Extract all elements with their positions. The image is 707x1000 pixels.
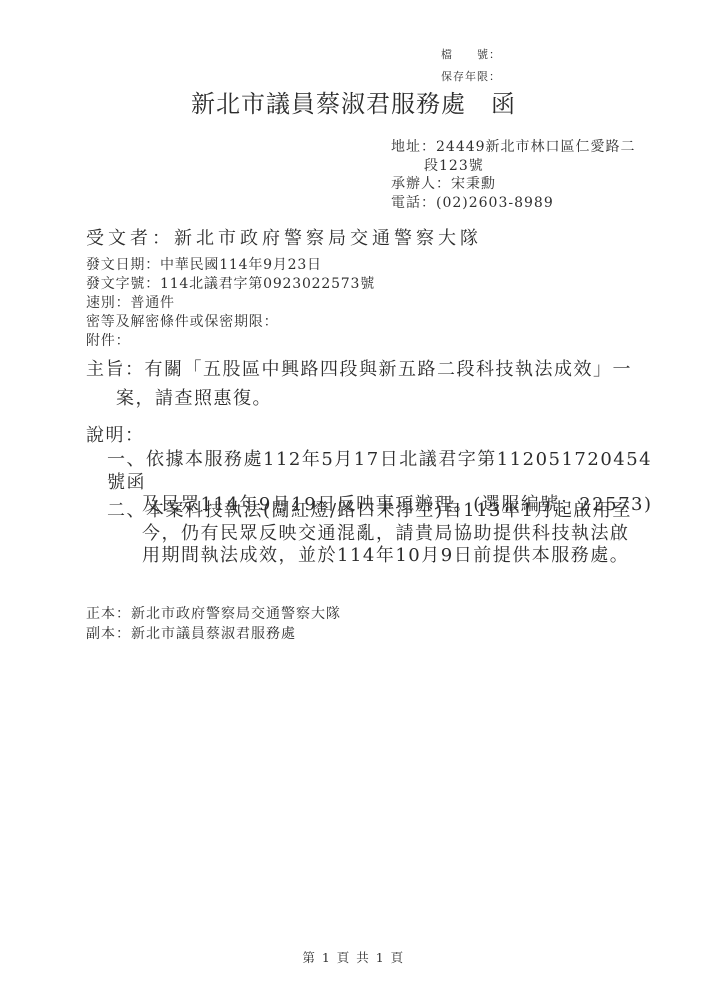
description-item-2-line-3: 用期間執法成效，並於114年10月9日前提供本服務處。	[107, 545, 667, 568]
description-item-2-line-1: 二、本案科技執法(闖紅燈/路口未淨空)自113年1月起啟用至	[107, 500, 667, 523]
subject-line-1: 主旨：有關「五股區中興路四段與新五路二段科技執法成效」一	[86, 355, 632, 384]
doc-number-line: 發文字號：114北議君字第0923022573號	[86, 275, 375, 294]
document-title: 新北市議員蔡淑君服務處 函	[0, 84, 707, 119]
issue-date-line: 發文日期：中華民國114年9月23日	[86, 256, 375, 275]
security-class-line: 密等及解密條件或保密期限：	[86, 313, 375, 332]
cc-copy-line: 副本：新北市議員蔡淑君服務處	[86, 624, 341, 644]
recipient-line: 受文者：新北市政府警察局交通警察大隊	[86, 224, 482, 250]
subject-block: 主旨：有關「五股區中興路四段與新五路二段科技執法成效」一 案，請查照惠復。	[86, 355, 632, 413]
sender-address-line2: 段123號	[391, 157, 636, 176]
copies-block: 正本：新北市政府警察局交通警察大隊 副本：新北市議員蔡淑君服務處	[86, 604, 341, 644]
sender-phone: 電話：(02)2603-8989	[391, 194, 636, 213]
sender-info-block: 地址：24449新北市林口區仁愛路二 段123號 承辦人：宋秉勳 電話：(02)…	[391, 138, 636, 212]
file-number-label: 檔 號：	[360, 44, 501, 66]
attachment-line: 附件：	[86, 332, 375, 351]
official-letter-page: 檔 號： 保存年限： 新北市議員蔡淑君服務處 函 地址：24449新北市林口區仁…	[0, 0, 707, 1000]
sender-contact-person: 承辦人：宋秉勳	[391, 175, 636, 194]
description-label: 說明：	[86, 421, 145, 447]
file-info-block: 檔 號： 保存年限：	[360, 44, 501, 88]
page-number: 第 1 頁 共 1 頁	[0, 948, 707, 966]
speed-class-line: 速別：普通件	[86, 294, 375, 313]
description-item-2: 二、本案科技執法(闖紅燈/路口未淨空)自113年1月起啟用至 今，仍有民眾反映交…	[107, 500, 667, 568]
description-item-1-line-1: 一、依據本服務處112年5月17日北議君字第112051720454號函	[107, 449, 667, 494]
subject-line-2: 案，請查照惠復。	[86, 384, 632, 413]
description-item-2-line-2: 今，仍有民眾反映交通混亂，請貴局協助提供科技執法啟	[107, 523, 667, 546]
original-copy-line: 正本：新北市政府警察局交通警察大隊	[86, 604, 341, 624]
document-meta-block: 發文日期：中華民國114年9月23日 發文字號：114北議君字第09230225…	[86, 256, 375, 351]
sender-address-line1: 地址：24449新北市林口區仁愛路二	[391, 138, 636, 157]
